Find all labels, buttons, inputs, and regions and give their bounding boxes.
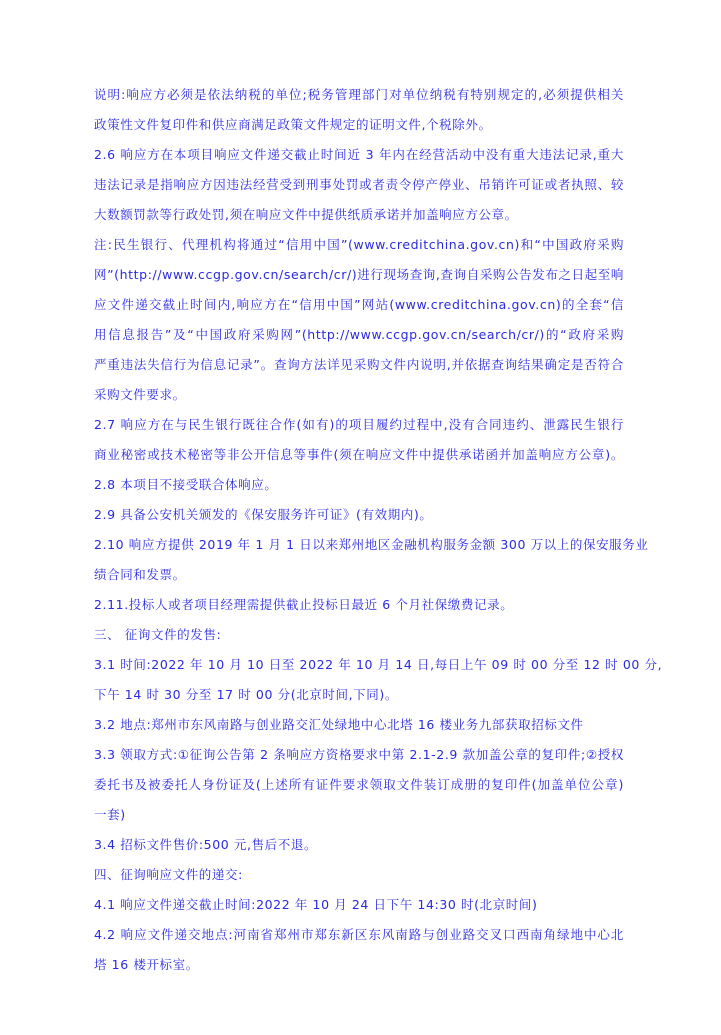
text-line: 2.6 响应方在本项目响应文件递交截止时间近 3 年内在经营活动中没有重大违法记… [94, 144, 624, 174]
text-line: 2.10 响应方提供 2019 年 1 月 1 日以来郑州地区金融机构服务金额 … [94, 534, 624, 564]
text-line: 3.4 招标文件售价:500 元,售后不退。 [94, 834, 624, 864]
text-line: 违法记录是指响应方因违法经营受到刑事处罚或者责令停产停业、吊销许可证或者执照、较 [94, 174, 624, 204]
text-line: 严重违法失信行为信息记录”。查询方法详见采购文件内说明,并依据查询结果确定是否符… [94, 354, 624, 384]
text-line: 一套) [94, 804, 624, 834]
text-line: 3.1 时间:2022 年 10 月 10 日至 2022 年 10 月 14 … [94, 654, 624, 684]
text-line: 2.9 具备公安机关颁发的《保安服务许可证》(有效期内)。 [94, 504, 624, 534]
text-line: 3.2 地点:郑州市东风南路与创业路交汇处绿地中心北塔 16 楼业务九部获取招标… [94, 714, 624, 744]
text-line: 委托书及被委托人身份证及(上述所有证件要求领取文件装订成册的复印件(加盖单位公章… [94, 774, 624, 804]
text-line: 应文件递交截止时间内,响应方在“信用中国”网站(www.creditchina.… [94, 294, 624, 324]
text-line: 采购文件要求。 [94, 384, 624, 414]
text-line: 注:民生银行、代理机构将通过“信用中国”(www.creditchina.gov… [94, 234, 624, 264]
text-line: 下午 14 时 30 分至 17 时 00 分(北京时间,下同)。 [94, 684, 624, 714]
text-line: 绩合同和发票。 [94, 564, 624, 594]
section-heading: 三、 征询文件的发售: [94, 624, 624, 654]
text-line: 商业秘密或技术秘密等非公开信息等事件(须在响应文件中提供承诺函并加盖响应方公章)… [94, 444, 624, 474]
text-line: 说明:响应方必须是依法纳税的单位;税务管理部门对单位纳税有特别规定的,必须提供相… [94, 84, 624, 114]
text-line: 3.3 领取方式:①征询公告第 2 条响应方资格要求中第 2.1-2.9 款加盖… [94, 744, 624, 774]
text-line: 4.2 响应文件递交地点:河南省郑州市郑东新区东风南路与创业路交叉口西南角绿地中… [94, 924, 624, 954]
text-line: 4.1 响应文件递交截止时间:2022 年 10 月 24 日下午 14:30 … [94, 894, 624, 924]
text-line: 2.11.投标人或者项目经理需提供截止投标日最近 6 个月社保缴费记录。 [94, 594, 624, 624]
section-heading: 四、征询响应文件的递交: [94, 864, 624, 894]
text-line: 大数额罚款等行政处罚,须在响应文件中提供纸质承诺并加盖响应方公章。 [94, 204, 624, 234]
text-line: 网”(http://www.ccgp.gov.cn/search/cr/)进行现… [94, 264, 624, 294]
text-line: 2.8 本项目不接受联合体响应。 [94, 474, 624, 504]
text-line: 2.7 响应方在与民生银行既往合作(如有)的项目履约过程中,没有合同违约、泄露民… [94, 414, 624, 444]
text-line: 政策性文件复印件和供应商满足政策文件规定的证明文件,个税除外。 [94, 114, 624, 144]
text-line: 塔 16 楼开标室。 [94, 954, 624, 984]
document-page: 说明:响应方必须是依法纳税的单位;税务管理部门对单位纳税有特别规定的,必须提供相… [94, 84, 624, 984]
text-line: 用信息报告”及“中国政府采购网”(http://www.ccgp.gov.cn/… [94, 324, 624, 354]
